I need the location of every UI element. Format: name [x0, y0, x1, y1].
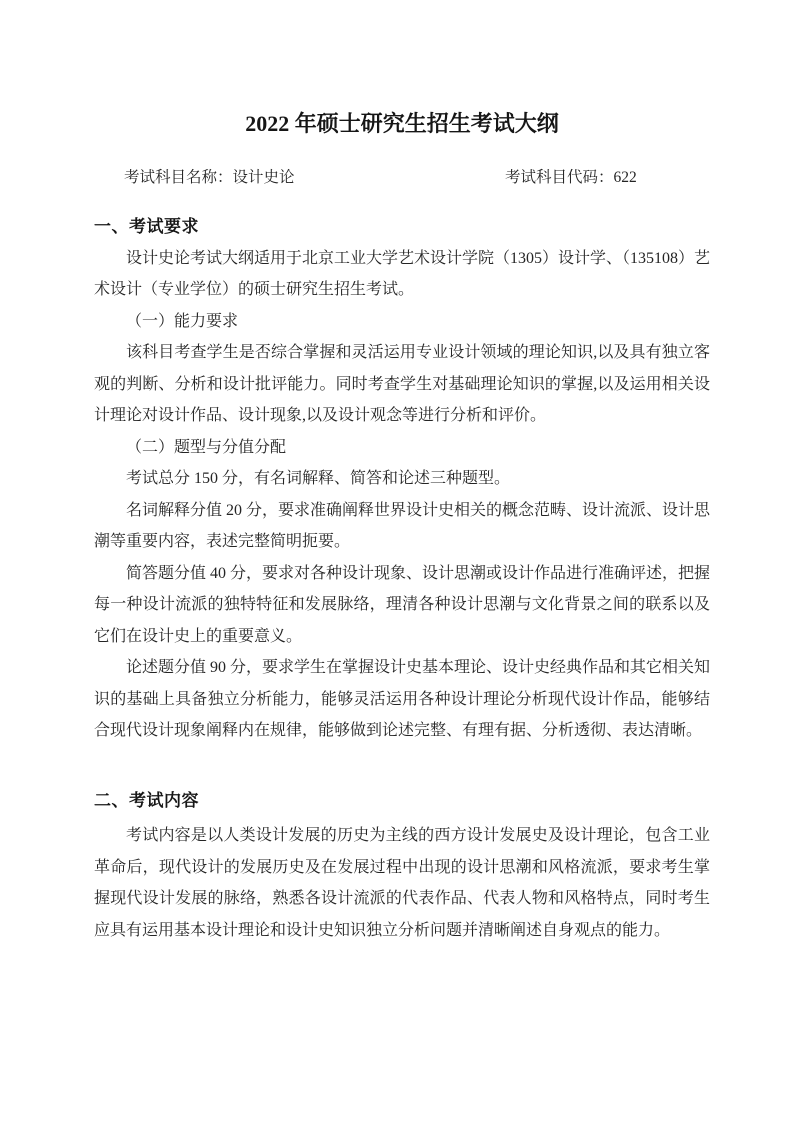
subject-code-value: 622 — [614, 169, 637, 186]
section-heading-exam-content: 二、考试内容 — [94, 785, 710, 817]
para-total-score: 考试总分 150 分，有名词解释、简答和论述三种题型。 — [94, 463, 710, 495]
subject-name-label: 考试科目名称： — [124, 169, 233, 186]
subject-name: 考试科目名称：设计史论 — [94, 162, 295, 194]
para-subheading-question-types: （二）题型与分值分配 — [94, 432, 710, 464]
document-title: 2022 年硕士研究生招生考试大纲 — [94, 106, 710, 142]
para-exam-content-description: 考试内容是以人类设计发展的历史为主线的西方设计发展史及设计理论，包含工业革命后，… — [94, 820, 710, 946]
para-ability-description: 该科目考查学生是否综合掌握和灵活运用专业设计领域的理论知识,以及具有独立客观的判… — [94, 337, 710, 432]
subject-code: 考试科目代码：622 — [505, 162, 637, 194]
para-term-explanation: 名词解释分值 20 分，要求准确阐释世界设计史相关的概念范畴、设计流派、设计思潮… — [94, 495, 710, 558]
document-page: 2022 年硕士研究生招生考试大纲 考试科目名称：设计史论 考试科目代码：622… — [0, 0, 793, 1123]
subject-code-label: 考试科目代码： — [505, 169, 614, 186]
para-applicability: 设计史论考试大纲适用于北京工业大学艺术设计学院（1305）设计学、（135108… — [94, 243, 710, 306]
para-short-answer: 简答题分值 40 分，要求对各种设计现象、设计思潮或设计作品进行准确评述，把握每… — [94, 558, 710, 653]
section-exam-requirements: 一、考试要求 设计史论考试大纲适用于北京工业大学艺术设计学院（1305）设计学、… — [94, 211, 710, 747]
section-heading-exam-requirements: 一、考试要求 — [94, 211, 710, 243]
subject-name-value: 设计史论 — [233, 169, 295, 186]
para-subheading-ability-requirements: （一）能力要求 — [94, 306, 710, 338]
section-exam-content: 二、考试内容 考试内容是以人类设计发展的历史为主线的西方设计发展史及设计理论，包… — [94, 785, 710, 947]
para-essay: 论述题分值 90 分，要求学生在掌握设计史基本理论、设计史经典作品和其它相关知识… — [94, 652, 710, 747]
subject-meta-row: 考试科目名称：设计史论 考试科目代码：622 — [94, 162, 710, 194]
